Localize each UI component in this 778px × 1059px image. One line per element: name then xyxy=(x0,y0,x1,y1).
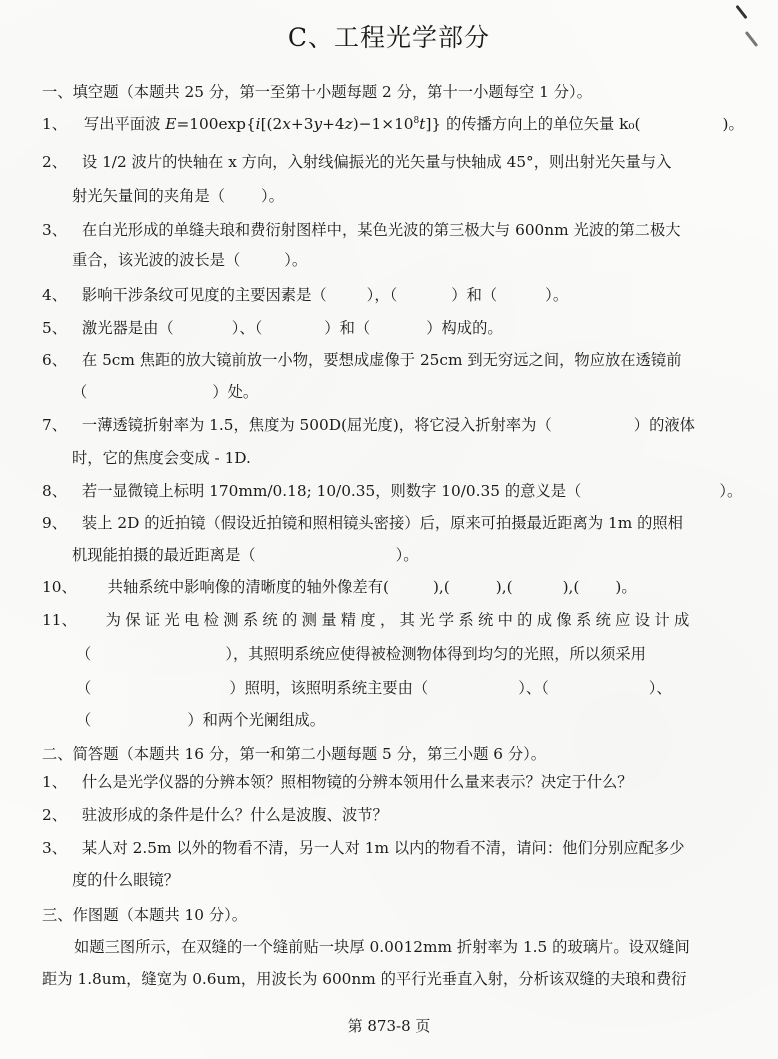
question-3: 3、 在白光形成的单缝夫琅和费衍射图样中，某色光波的第三极大与 600nm 光波… xyxy=(42,218,681,240)
drawing-question-text-cont: 距为 1.8um，缝宽为 0.6um，用波长为 600nm 的平行光垂直入射，分… xyxy=(42,967,687,989)
question-3-cont: 重合，该光波的波长是（）。 xyxy=(72,248,307,270)
page-number: 第 873-8 页 xyxy=(0,1015,778,1036)
question-2-cont: 射光矢量间的夹角是（）。 xyxy=(72,184,284,206)
section-heading: 一、填空题（本题共 25 分，第一至第十小题每题 2 分，第十一小题每空 1 分… xyxy=(42,80,592,102)
question-6-cont: （）处。 xyxy=(72,380,258,402)
question-1: 1、 写出平面波 E=100exp{i[(2x+3y+4z)−1×108t]} … xyxy=(42,112,744,134)
section-heading: 二、简答题（本题共 16 分，第一和第二小题每题 5 分，第三小题 6 分）。 xyxy=(42,742,546,764)
question-4: 4、 影响干涉条纹可见度的主要因素是（），（）和（）。 xyxy=(42,283,568,305)
question-9-cont: 机现能拍摄的最近距离是（）。 xyxy=(72,543,419,565)
section-heading: 三、作图题（本题共 10 分）。 xyxy=(42,903,247,925)
question-7-cont: 时，它的焦度会变成 - 1D. xyxy=(72,446,251,468)
question-2: 2、 设 1/2 波片的快轴在 x 方向，入射线偏振光的光矢量与快轴成 45°，… xyxy=(42,150,671,172)
question-6: 6、 在 5cm 焦距的放大镜前放一小物，要想成虚像于 25cm 到无穷远之间，… xyxy=(42,348,682,370)
short-question-3-cont: 度的什么眼镜？ xyxy=(72,868,179,890)
question-7: 7、 一薄透镜折射率为 1.5，焦度为 500D(屈光度)，将它浸入折射率为（）… xyxy=(42,413,695,435)
drawing-question-text: 如题三图所示，在双缝的一个缝前贴一块厚 0.0012mm 折射率为 1.5 的玻… xyxy=(74,935,690,957)
short-question-1: 1、 什么是光学仪器的分辨本领？照相物镜的分辨本领用什么量来表示？决定于什么？ xyxy=(42,770,633,792)
question-11-cont-3: （）和两个光阑组成。 xyxy=(76,708,325,730)
short-question-2: 2、 驻波形成的条件是什么？什么是波腹、波节？ xyxy=(42,803,388,825)
question-9: 9、 装上 2D 的近拍镜（假设近拍镜和照相镜头密接）后，原来可拍摄最近距离为 … xyxy=(42,511,683,533)
wave-formula: E=100exp{i[(2x+3y+4z)−1×108t]} xyxy=(165,115,446,133)
question-5: 5、 激光器是由（）、（）和（）构成的。 xyxy=(42,316,503,338)
question-11-cont-2: （）照明，该照明系统主要由（）、（）、 xyxy=(76,676,672,698)
short-question-3: 3、 某人对 2.5m 以外的物看不清，另一人对 1m 以内的物看不清，请问：他… xyxy=(42,836,685,858)
question-10: 10、 共轴系统中影响像的清晰度的轴外像差有(),(),(),()。 xyxy=(42,575,637,597)
exam-page: C、工程光学部分 一、填空题（本题共 25 分，第一至第十小题每题 2 分，第十… xyxy=(0,0,778,1059)
page-title: C、工程光学部分 xyxy=(0,18,778,54)
question-11: 11、 为保证光电检测系统的测量精度，其光学系统中的成像系统应设计成 xyxy=(42,608,694,630)
question-8: 8、 若一显微镜上标明 170mm/0.18; 10/0.35，则数字 10/0… xyxy=(42,479,742,501)
question-11-cont-1: （），其照明系统应使得被检测物体得到均匀的光照，所以须采用 xyxy=(76,642,646,664)
